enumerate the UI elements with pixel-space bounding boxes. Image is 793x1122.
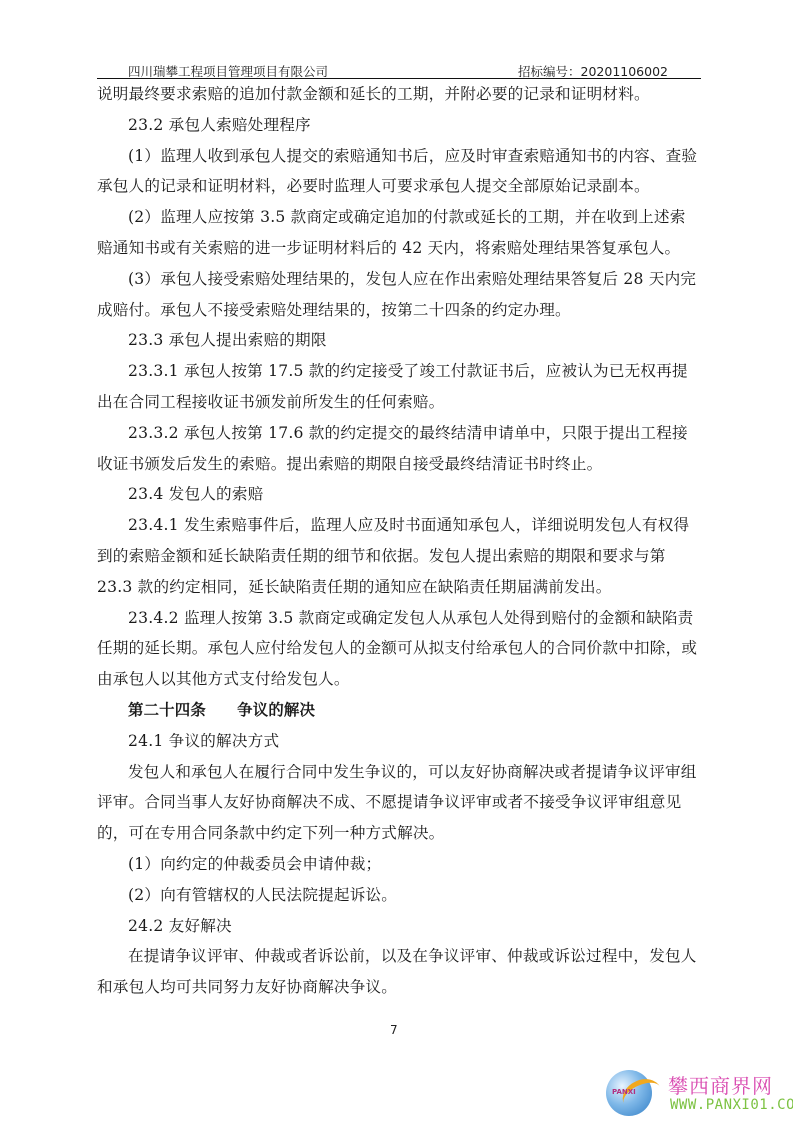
list-item: (2）向有管辖权的人民法院提起诉讼。 [97,880,701,911]
page-number: 7 [390,1023,398,1037]
section-heading: 23.3 承包人提出索赔的期限 [97,325,701,356]
paragraph: (1）监理人收到承包人提交的索赔通知书后，应及时审查索赔通知书的内容、查验承包人… [97,141,701,203]
watermark-logo: PANXI 攀西商界网 WWW.PANXI01.COM [600,1068,790,1120]
paragraph: 23.4.2 监理人按第 3.5 款商定或确定发包人从承包人处得到赔付的金额和缺… [97,603,701,695]
paragraph: 23.3.2 承包人按第 17.6 款的约定提交的最终结清申请单中，只限于提出工… [97,418,701,480]
paragraph: (2）监理人应按第 3.5 款商定或确定追加的付款或延长的工期，并在收到上述索赔… [97,202,701,264]
paragraph: 23.4.1 发生索赔事件后，监理人应及时书面通知承包人，详细说明发包人有权得到… [97,510,701,602]
document-body: 说明最终要求索赔的追加付款金额和延长的工期，并附必要的记录和证明材料。 23.2… [97,79,701,1003]
watermark-url: WWW.PANXI01.COM [670,1097,793,1113]
paragraph: 发包人和承包人在履行合同中发生争议的，可以友好协商解决或者提请争议评审组评审。合… [97,757,701,849]
article-heading: 第二十四条 争议的解决 [97,695,701,726]
paragraph: (3）承包人接受索赔处理结果的，发包人应在作出索赔处理结果答复后 28 天内完成… [97,264,701,326]
list-item: (1）向约定的仲裁委员会申请仲裁； [97,849,701,880]
section-heading: 23.2 承包人索赔处理程序 [97,110,701,141]
section-heading: 24.2 友好解决 [97,911,701,942]
paragraph: 在提请争议评审、仲裁或者诉讼前，以及在争议评审、仲裁或诉讼过程中，发包人和承包人… [97,941,701,1003]
section-heading: 24.1 争议的解决方式 [97,726,701,757]
globe-label: PANXI [612,1088,636,1096]
page-header: 四川瑞攀工程项目管理项目有限公司 招标编号：20201106002 [97,60,701,80]
section-heading: 23.4 发包人的索赔 [97,479,701,510]
paragraph: 说明最终要求索赔的追加付款金额和延长的工期，并附必要的记录和证明材料。 [97,79,701,110]
paragraph: 23.3.1 承包人按第 17.5 款的约定接受了竣工付款证书后，应被认为已无权… [97,356,701,418]
watermark-site-name: 攀西商界网 [668,1070,773,1099]
